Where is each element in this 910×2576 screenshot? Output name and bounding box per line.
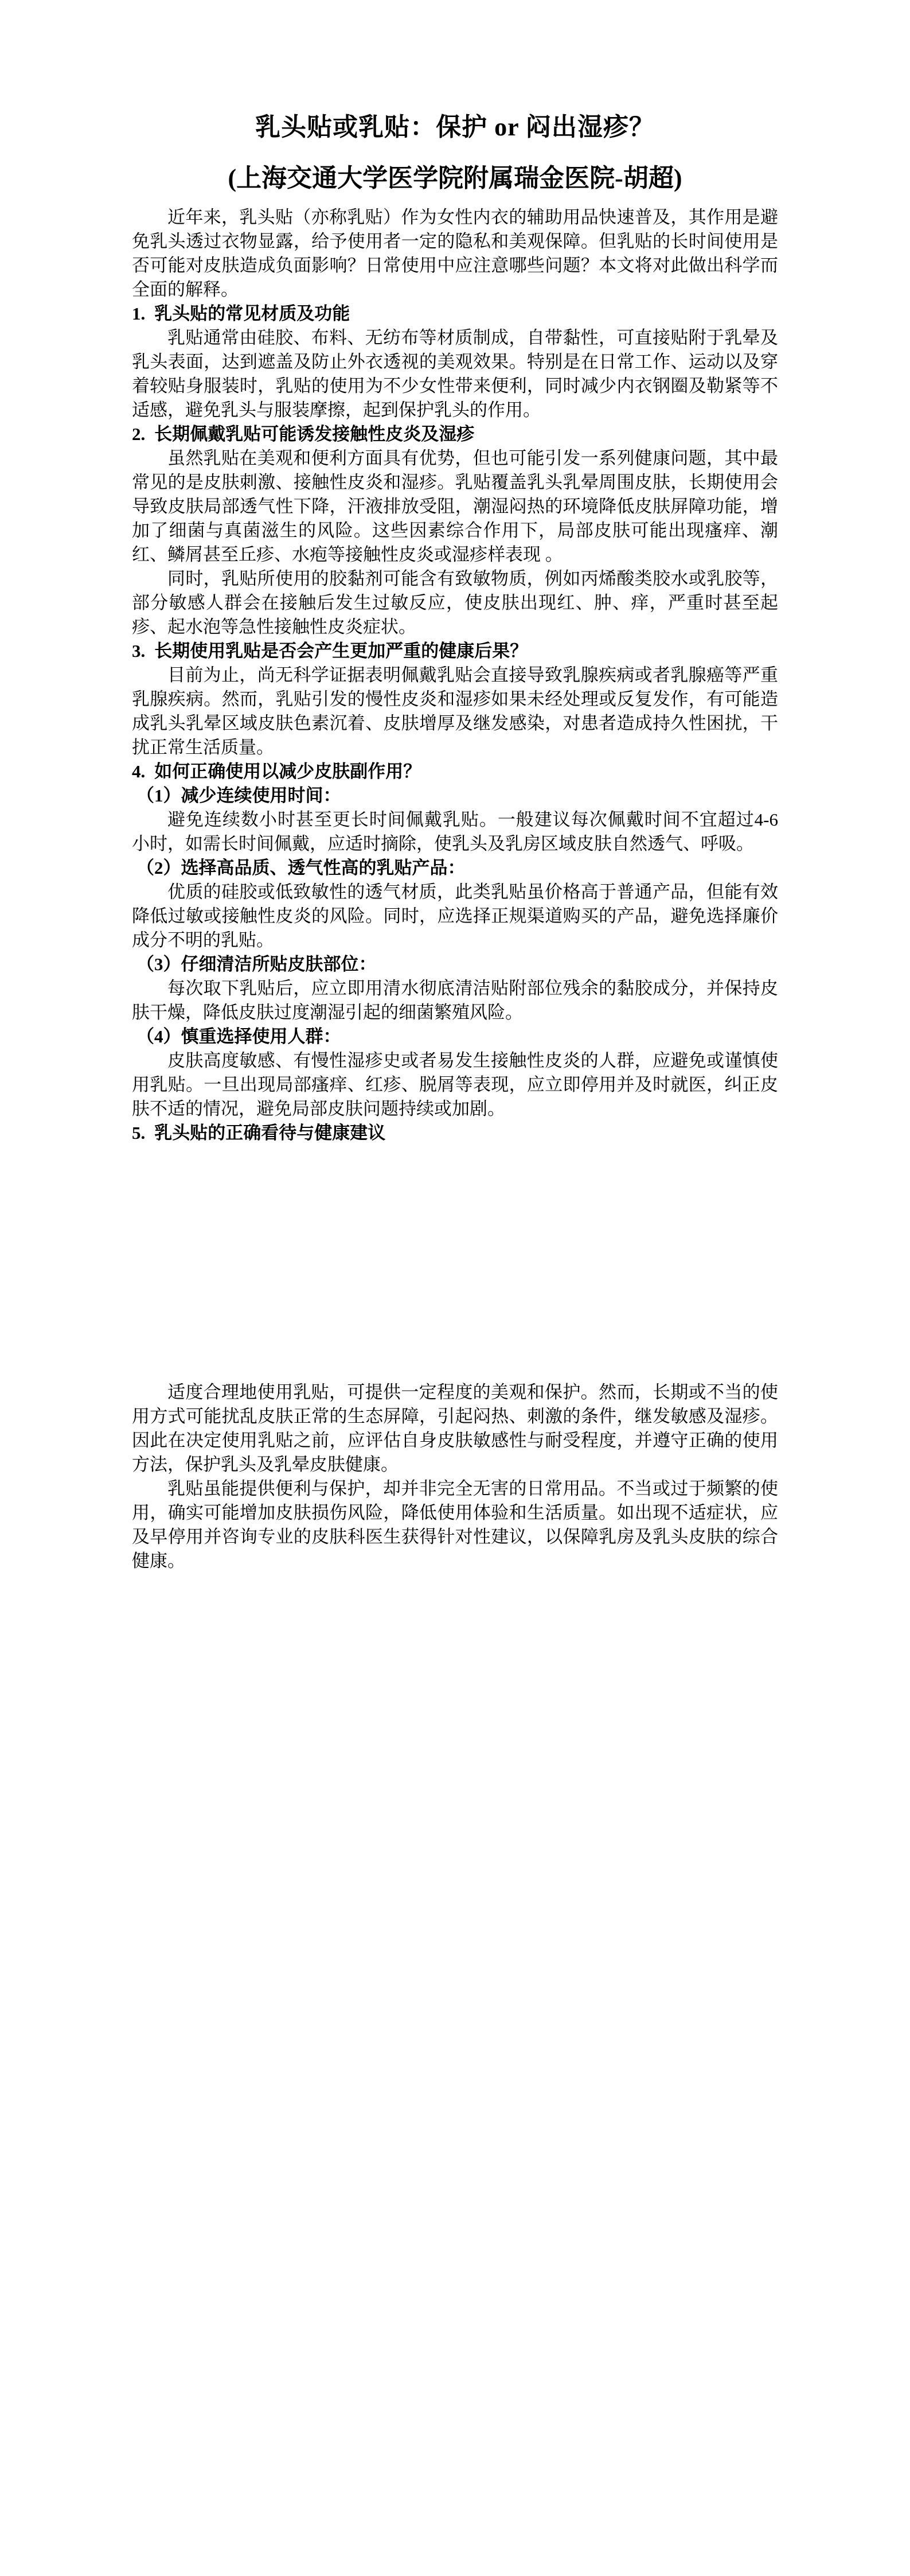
subsection-3-heading: （3）仔细清洁所贴皮肤部位： (132, 952, 778, 976)
section-1-number: 1. (132, 302, 145, 326)
section-1-paragraph: 乳贴通常由硅胶、布料、无纺布等材质制成，自带黏性，可直接贴附于乳晕及乳头表面，达… (132, 326, 778, 422)
section-3-title: 长期使用乳贴是否会产生更加严重的健康后果？ (154, 641, 528, 661)
document-byline: (上海交通大学医学院附属瑞金医院-胡超) (132, 164, 778, 194)
subsection-2-paragraph: 优质的硅胶或低致敏性的透气材质，此类乳贴虽价格高于普通产品，但能有效降低过敏或接… (132, 880, 778, 952)
section-3-number: 3. (132, 639, 145, 663)
section-3-heading: 3.长期使用乳贴是否会产生更加严重的健康后果？ (132, 639, 778, 663)
section-1-title: 乳头贴的常见材质及功能 (154, 303, 350, 324)
section-1-heading: 1.乳头贴的常见材质及功能 (132, 302, 778, 326)
subsection-3-paragraph: 每次取下乳贴后，应立即用清水彻底清洁贴附部位残余的黏胶成分，并保持皮肤干燥，降低… (132, 976, 778, 1025)
section-5-number: 5. (132, 1121, 145, 1145)
section-2-number: 2. (132, 422, 145, 446)
subsection-1-paragraph: 避免连续数小时甚至更长时间佩戴乳贴。一般建议每次佩戴时间不宜超过4-6 小时，如… (132, 808, 778, 856)
blank-gap (132, 1145, 778, 1380)
section-2-title: 长期佩戴乳贴可能诱发接触性皮炎及湿疹 (154, 424, 474, 444)
section-4-heading: 4.如何正确使用以减少皮肤副作用？ (132, 760, 778, 784)
closing-paragraph-2: 乳贴虽能提供便利与保护，却并非完全无害的日常用品。不当或过于频繁的使用，确实可能… (132, 1477, 778, 1573)
document-title: 乳头贴或乳贴：保护 or 闷出湿疹？ (132, 112, 778, 143)
section-2-heading: 2.长期佩戴乳贴可能诱发接触性皮炎及湿疹 (132, 422, 778, 446)
subsection-2-heading: （2）选择高品质、透气性高的乳贴产品： (132, 856, 778, 880)
section-5-heading: 5.乳头贴的正确看待与健康建议 (132, 1121, 778, 1145)
section-5-title: 乳头贴的正确看待与健康建议 (154, 1123, 385, 1143)
section-2-paragraph-1: 虽然乳贴在美观和便利方面具有优势，但也可能引发一系列健康问题，其中最常见的是皮肤… (132, 446, 778, 567)
article-body: 近年来，乳头贴（亦称乳贴）作为女性内衣的辅助用品快速普及，其作用是避免乳头透过衣… (132, 205, 778, 1573)
section-4-title: 如何正确使用以减少皮肤副作用？ (154, 761, 421, 781)
intro-paragraph: 近年来，乳头贴（亦称乳贴）作为女性内衣的辅助用品快速普及，其作用是避免乳头透过衣… (132, 205, 778, 302)
closing-paragraph-1: 适度合理地使用乳贴，可提供一定程度的美观和保护。然而，长期或不当的使用方式可能扰… (132, 1380, 778, 1477)
subsection-4-heading: （4）慎重选择使用人群： (132, 1025, 778, 1049)
subsection-4-paragraph: 皮肤高度敏感、有慢性湿疹史或者易发生接触性皮炎的人群，应避免或谨慎使用乳贴。一旦… (132, 1049, 778, 1121)
subsection-1-heading: （1）减少连续使用时间： (132, 784, 778, 808)
section-2-paragraph-2: 同时，乳贴所使用的胶黏剂可能含有致敏物质，例如丙烯酸类胶水或乳胶等，部分敏感人群… (132, 567, 778, 639)
section-3-paragraph: 目前为止，尚无科学证据表明佩戴乳贴会直接导致乳腺疾病或者乳腺癌等严重乳腺疾病。然… (132, 663, 778, 760)
section-4-number: 4. (132, 760, 145, 784)
document-page: 乳头贴或乳贴：保护 or 闷出湿疹？ (上海交通大学医学院附属瑞金医院-胡超) … (0, 0, 910, 2576)
article: 乳头贴或乳贴：保护 or 闷出湿疹？ (上海交通大学医学院附属瑞金医院-胡超) … (0, 0, 910, 1573)
